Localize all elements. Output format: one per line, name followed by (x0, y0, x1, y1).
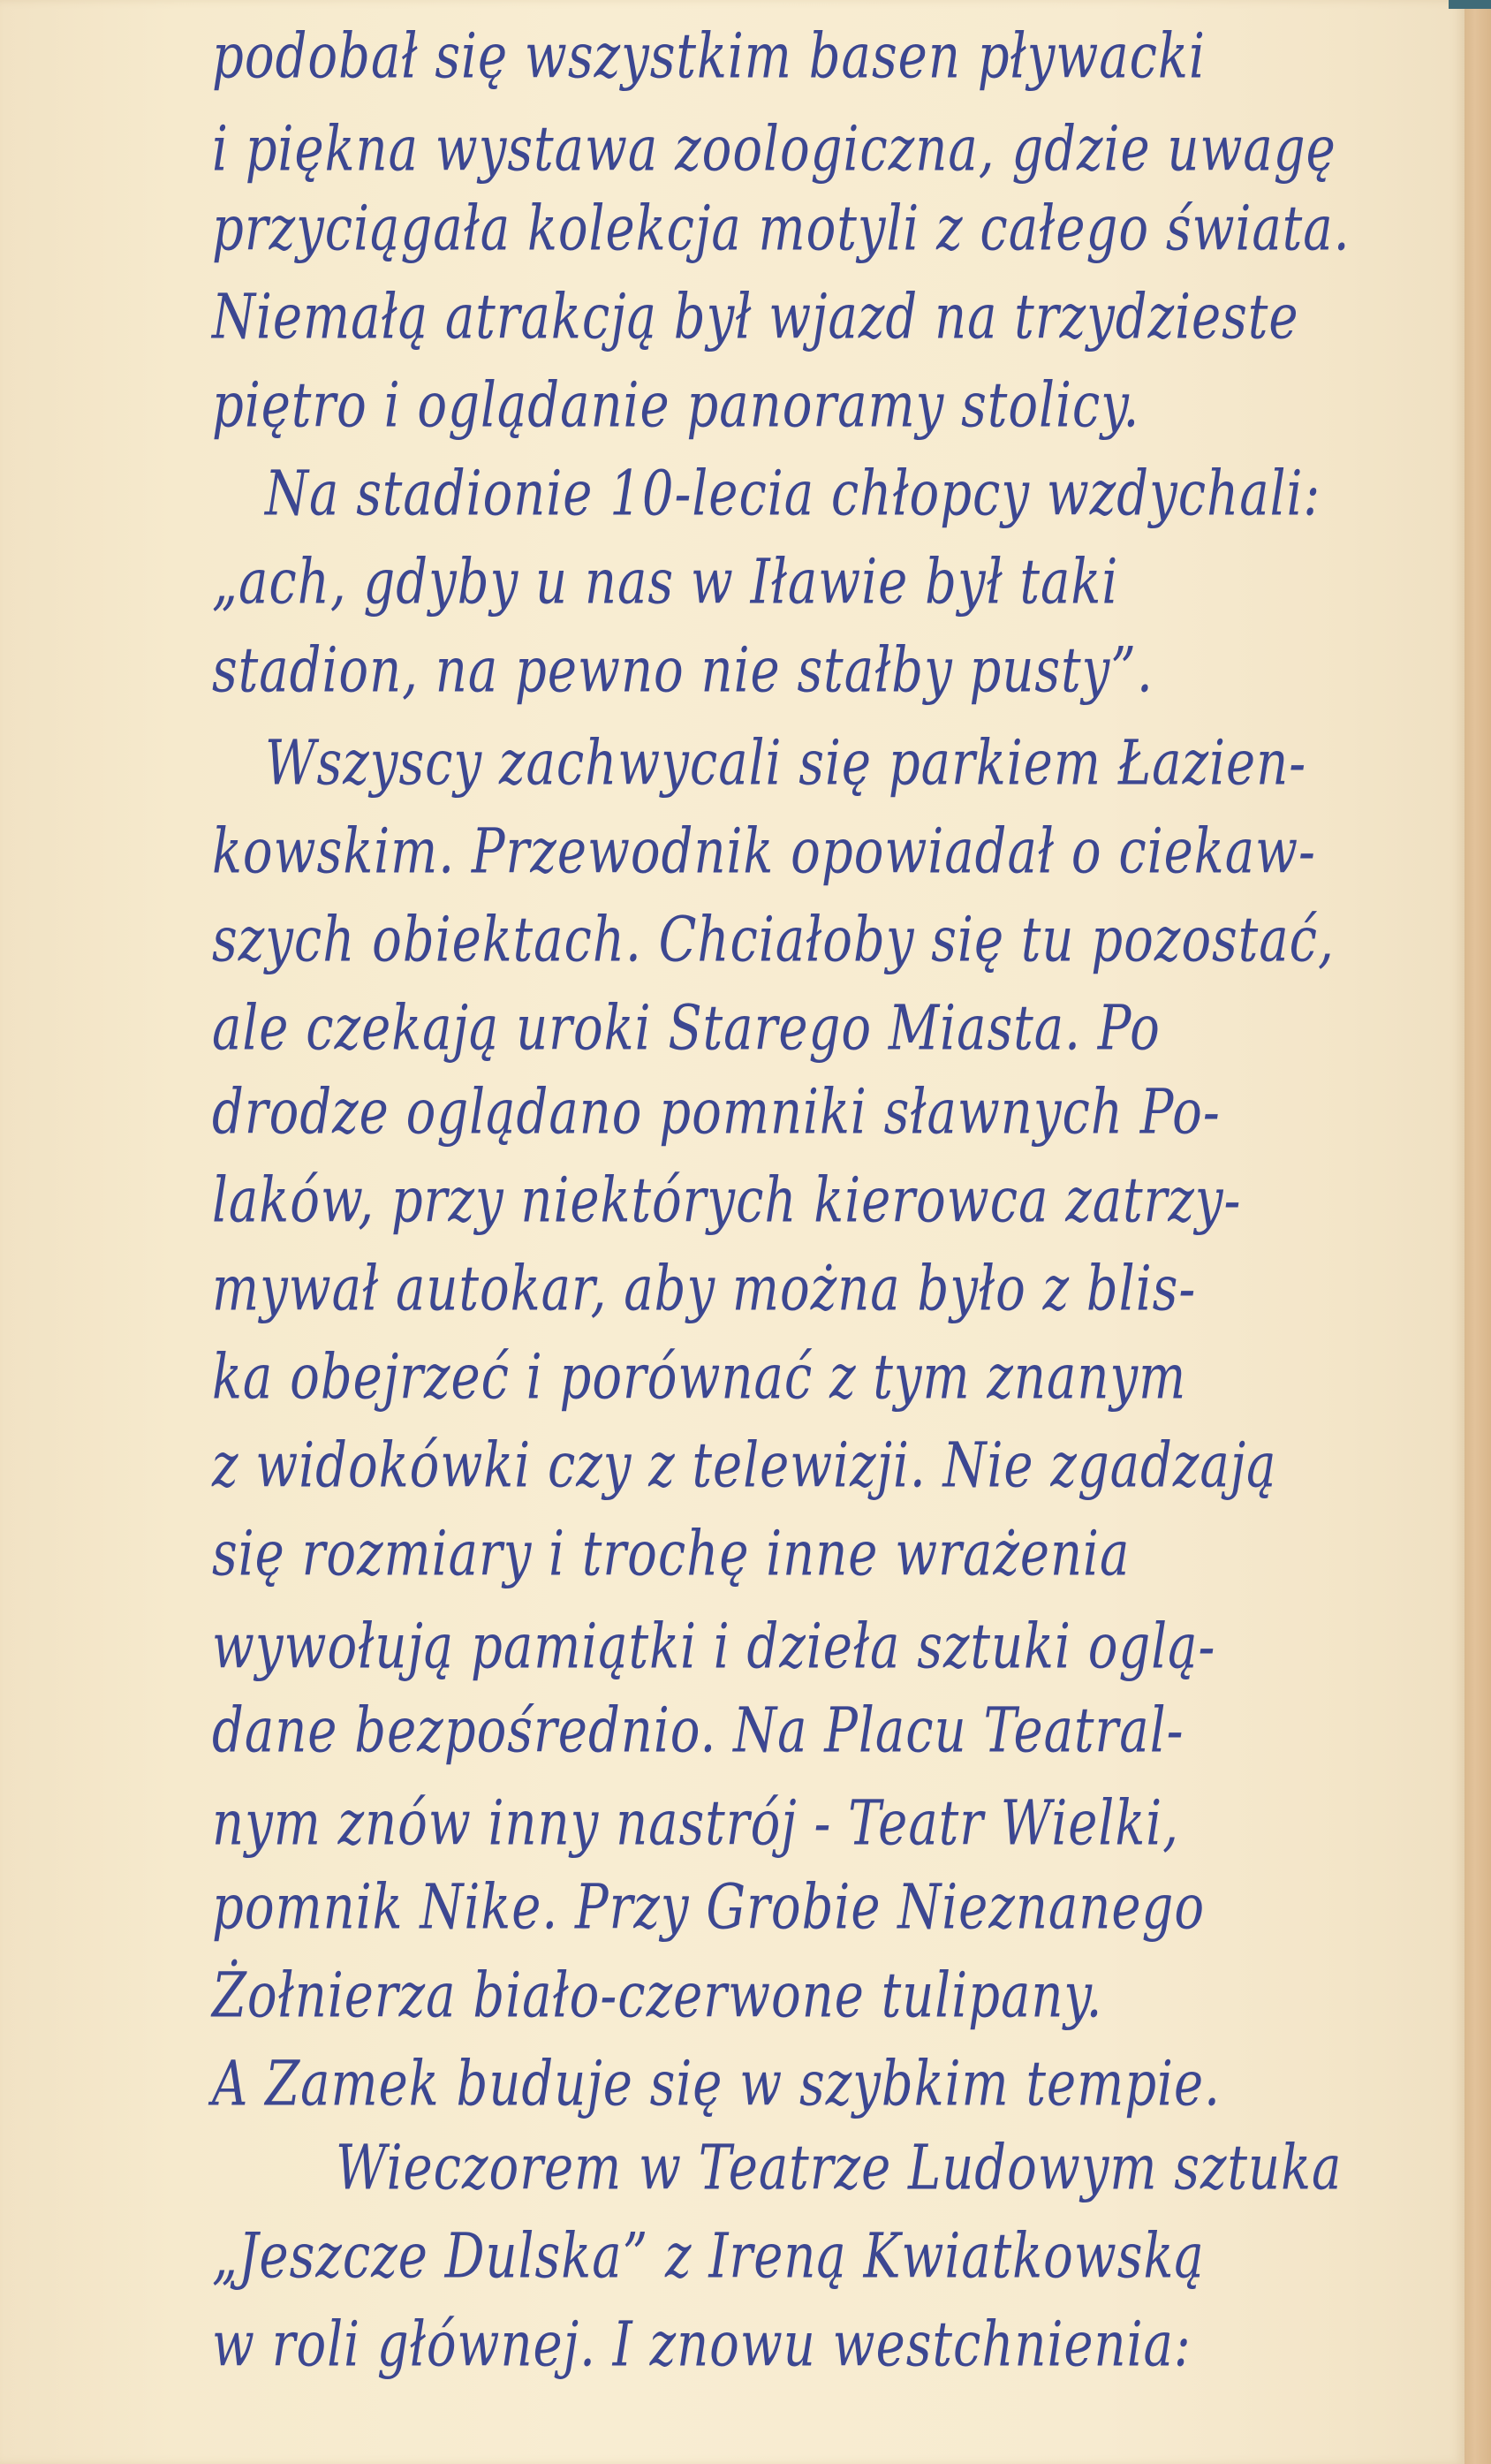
text-line: z widokówki czy z telewizji. Nie zgadzaj… (212, 1436, 1277, 1497)
text-line: drodze oglądano pomniki sławnych Po- (212, 1082, 1221, 1144)
text-line: „Jeszcze Dulska” z Ireną Kwiatkowską (212, 2226, 1205, 2288)
text-line: „ach, gdyby u nas w Iławie był taki (212, 552, 1118, 614)
notebook-page: podobał się wszystkim basen pływacki i p… (0, 0, 1465, 2464)
text-line: mywał autokar, aby można było z blis- (212, 1259, 1196, 1321)
text-line: pomnik Nike. Przy Grobie Nieznanego (212, 1877, 1205, 1939)
text-line: się rozmiary i trochę inne wrażenia (212, 1524, 1130, 1586)
text-line: szych obiektach. Chciałoby się tu pozost… (212, 910, 1335, 972)
text-line: wywołują pamiątki i dzieła sztuki oglą- (212, 1617, 1215, 1679)
text-line: i piękna wystawa zoologiczna, gdzie uwag… (212, 119, 1336, 181)
text-line: przyciągała kolekcja motyli z całego świ… (212, 199, 1351, 261)
text-line: Wszyscy zachwycali się parkiem Łazien- (265, 733, 1306, 795)
text-line: laków, przy niektórych kierowca zatrzy- (212, 1171, 1241, 1232)
text-line: Niemałą atrakcją był wjazd na trzydziest… (212, 287, 1299, 349)
text-line: w roli głównej. I znowu westchnienia: (212, 2315, 1192, 2377)
cover-edge-strip (1449, 0, 1491, 9)
text-line: Żołnierza biało-czerwone tulipany. (212, 1966, 1102, 2028)
book-spine-edge (1465, 0, 1491, 2464)
text-line: A Zamek buduje się w szybkim tempie. (212, 2054, 1221, 2116)
text-line: ale czekają uroki Starego Miasta. Po (212, 998, 1161, 1060)
text-line: podobał się wszystkim basen pływacki (212, 27, 1206, 88)
text-line: piętro i oglądanie panoramy stolicy. (212, 375, 1139, 437)
text-line: nym znów inny nastrój - Teatr Wielki, (212, 1793, 1179, 1855)
text-line: Na stadionie 10-lecia chłopcy wzdychali: (265, 464, 1321, 526)
text-line: ka obejrzeć i porównać z tym znanym (212, 1347, 1186, 1409)
text-line: dane bezpośrednio. Na Placu Teatral- (212, 1701, 1184, 1763)
text-line: kowskim. Przewodnik opowiadał o ciekaw- (212, 822, 1316, 883)
text-line: stadion, na pewno nie stałby pusty”. (212, 641, 1154, 702)
handwritten-text-block: podobał się wszystkim basen pływacki i p… (0, 0, 1465, 2464)
text-line: Wieczorem w Teatrze Ludowym sztuka (336, 2138, 1342, 2200)
